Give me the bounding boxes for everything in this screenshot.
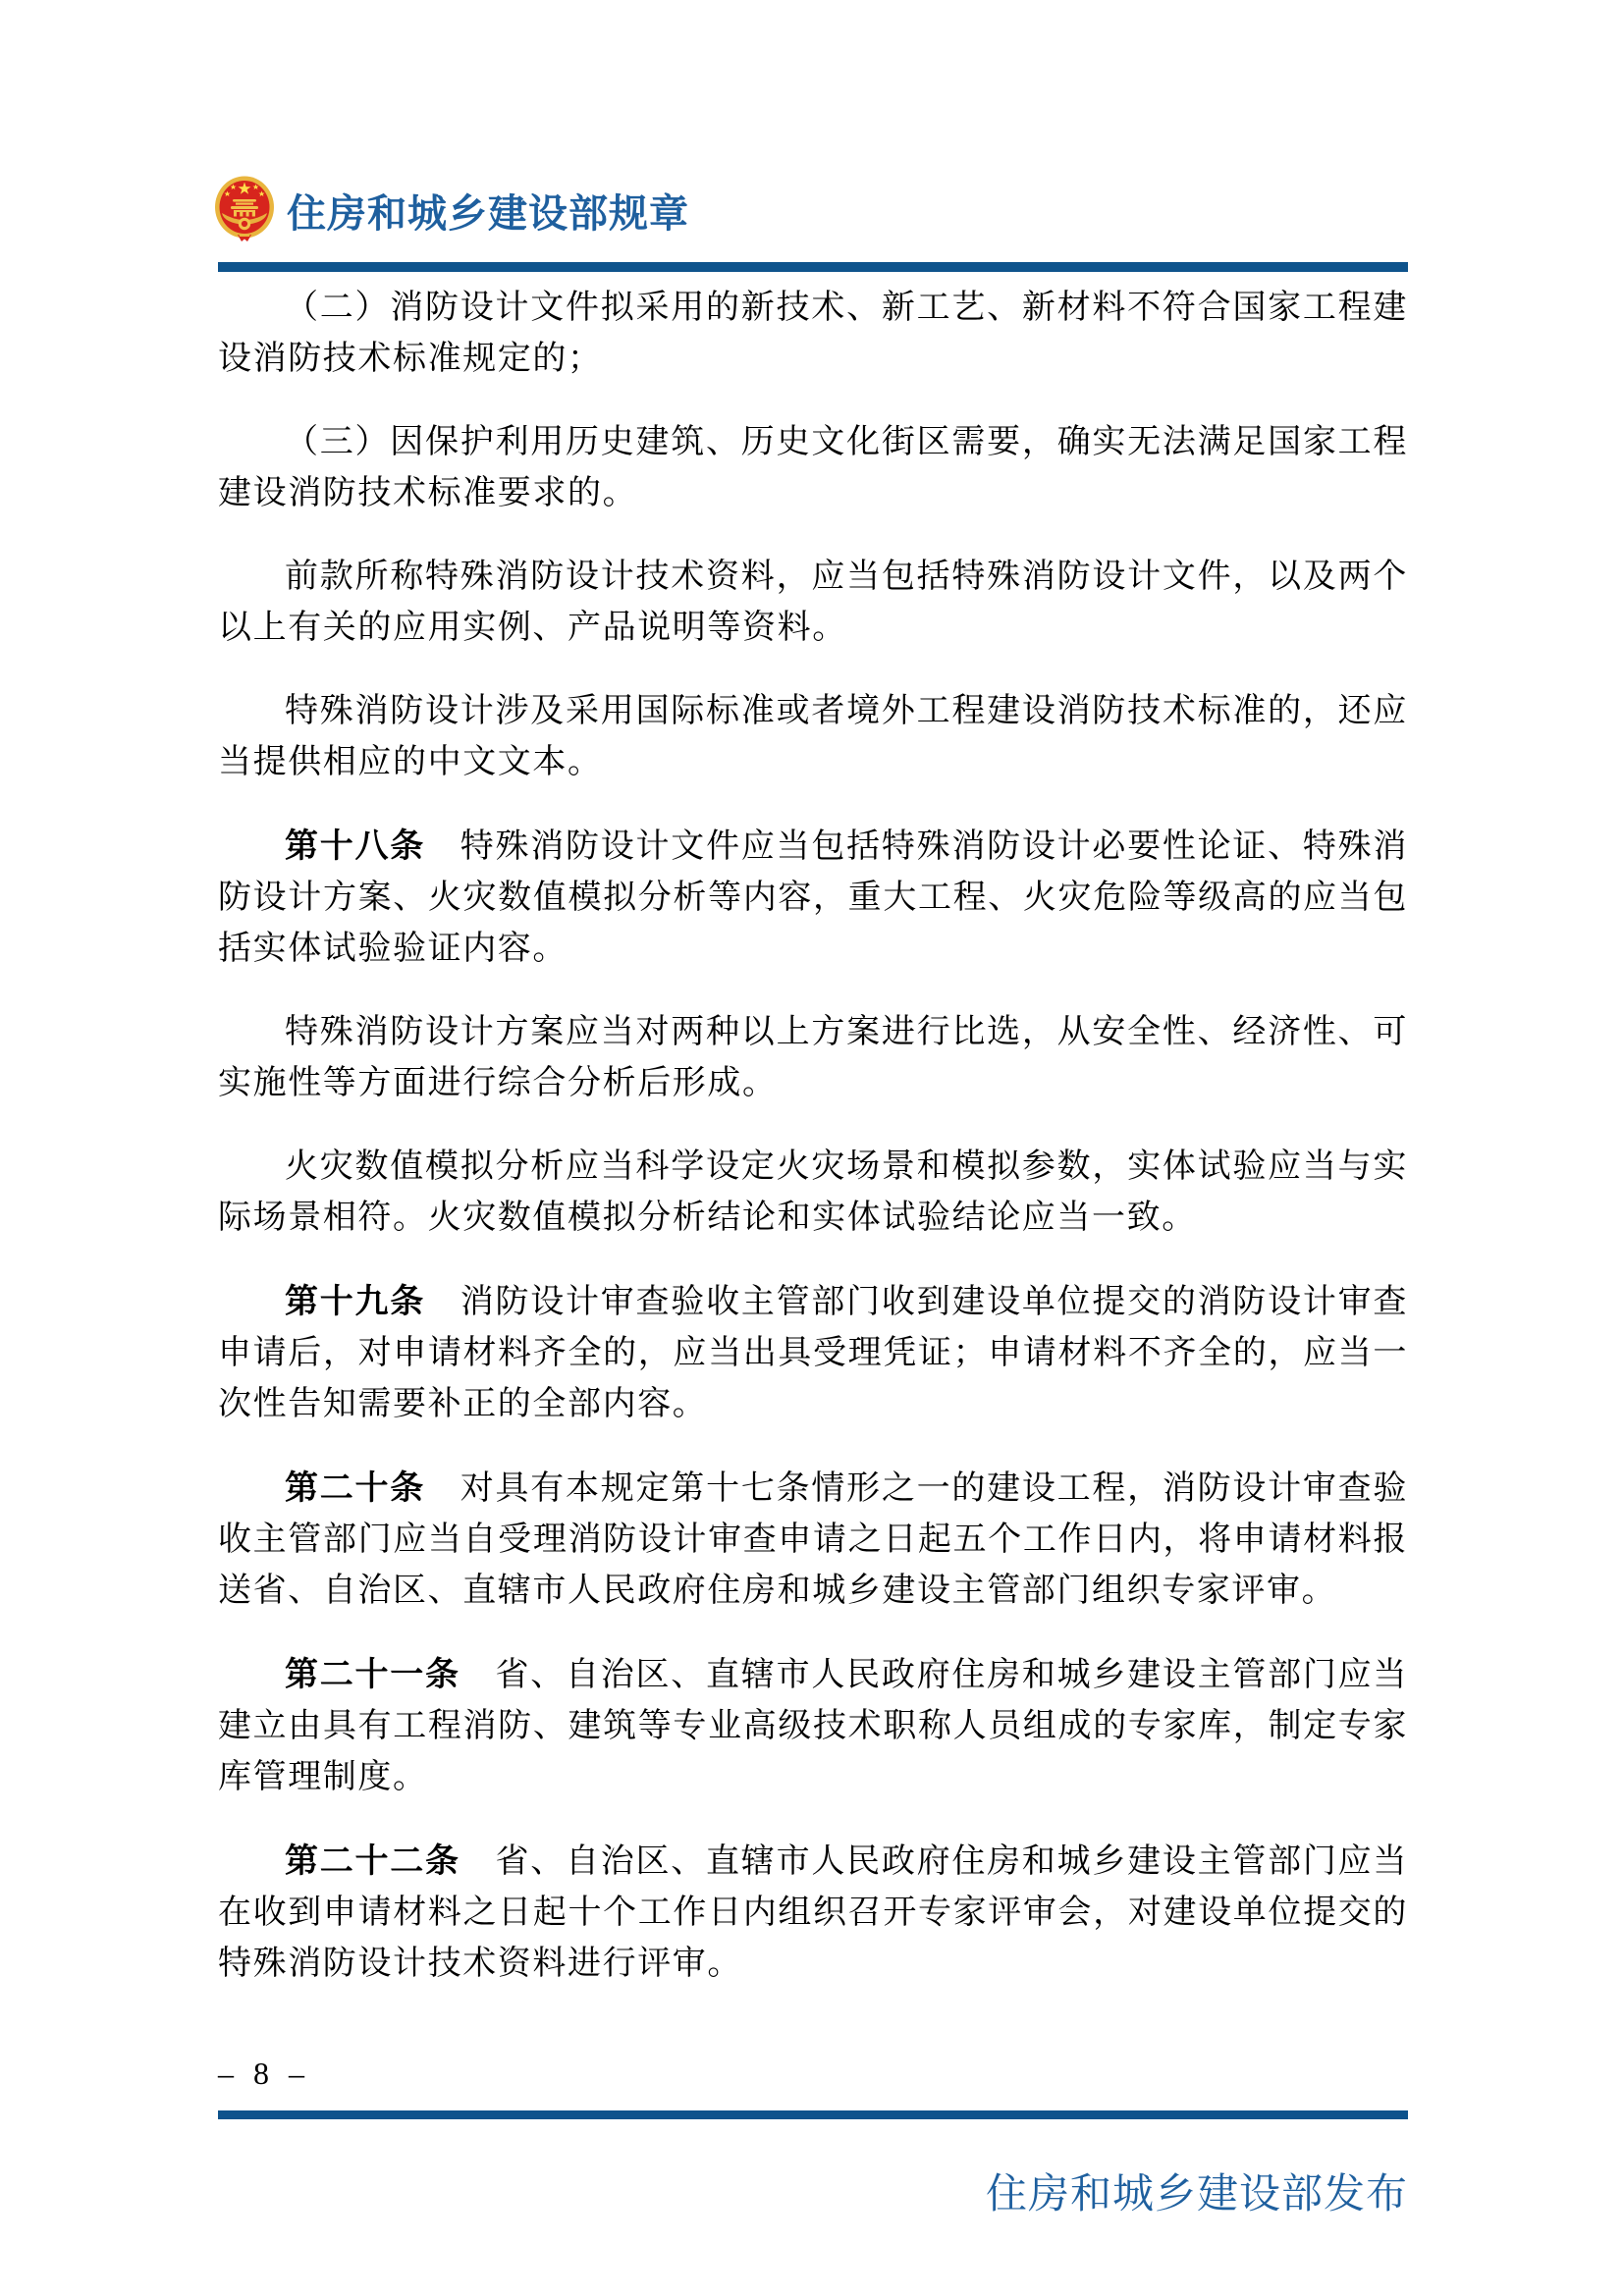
- national-emblem-icon: [214, 176, 275, 244]
- paragraph-text: 特殊消防设计涉及采用国际标准或者境外工程建设消防技术标准的，还应当提供相应的中文…: [218, 693, 1408, 780]
- paragraph: （二）消防设计文件拟采用的新技术、新工艺、新材料不符合国家工程建设消防技术标准规…: [218, 283, 1408, 385]
- paragraph: 第十九条 消防设计审查验收主管部门收到建设单位提交的消防设计审查申请后，对申请材…: [218, 1276, 1408, 1430]
- header-title: 住房和城乡建设部规章: [287, 183, 689, 239]
- paragraph: 特殊消防设计涉及采用国际标准或者境外工程建设消防技术标准的，还应当提供相应的中文…: [218, 686, 1408, 788]
- paragraph: 第二十一条 省、自治区、直辖市人民政府住房和城乡建设主管部门应当建立由具有工程消…: [218, 1649, 1408, 1803]
- paragraph-text: （三）因保护利用历史建筑、历史文化街区需要，确实无法满足国家工程建设消防技术标准…: [218, 424, 1408, 511]
- footer-divider: [218, 2110, 1408, 2119]
- paragraph: 前款所称特殊消防设计技术资料，应当包括特殊消防设计文件，以及两个以上有关的应用实…: [218, 552, 1408, 654]
- page-header: 住房和城乡建设部规章: [214, 175, 689, 245]
- article-number: 第二十条: [285, 1469, 460, 1507]
- paragraph-text: （二）消防设计文件拟采用的新技术、新工艺、新材料不符合国家工程建设消防技术标准规…: [218, 290, 1408, 377]
- article-number: 第二十二条: [285, 1842, 496, 1880]
- paragraph: 第二十条 对具有本规定第十七条情形之一的建设工程，消防设计审查验收主管部门应当自…: [218, 1463, 1408, 1617]
- paragraph: 第二十二条 省、自治区、直辖市人民政府住房和城乡建设主管部门应当在收到申请材料之…: [218, 1836, 1408, 1990]
- paragraph: （三）因保护利用历史建筑、历史文化街区需要，确实无法满足国家工程建设消防技术标准…: [218, 417, 1408, 519]
- document-body: （二）消防设计文件拟采用的新技术、新工艺、新材料不符合国家工程建设消防技术标准规…: [218, 283, 1408, 1990]
- article-number: 第二十一条: [285, 1656, 496, 1693]
- paragraph: 特殊消防设计方案应当对两种以上方案进行比选，从安全性、经济性、可实施性等方面进行…: [218, 1007, 1408, 1109]
- article-number: 第十八条: [285, 828, 460, 865]
- page-number: – 8 –: [218, 2056, 310, 2092]
- publisher: 住房和城乡建设部发布: [218, 2162, 1408, 2220]
- paragraph: 火灾数值模拟分析应当科学设定火灾场景和模拟参数，实体试验应当与实际场景相符。火灾…: [218, 1142, 1408, 1244]
- paragraph-text: 火灾数值模拟分析应当科学设定火灾场景和模拟参数，实体试验应当与实际场景相符。火灾…: [218, 1148, 1408, 1236]
- paragraph-text: 特殊消防设计方案应当对两种以上方案进行比选，从安全性、经济性、可实施性等方面进行…: [218, 1014, 1408, 1101]
- paragraph: 第十八条 特殊消防设计文件应当包括特殊消防设计必要性论证、特殊消防设计方案、火灾…: [218, 821, 1408, 975]
- article-number: 第十九条: [285, 1283, 460, 1320]
- paragraph-text: 前款所称特殊消防设计技术资料，应当包括特殊消防设计文件，以及两个以上有关的应用实…: [218, 559, 1408, 646]
- document-page: 住房和城乡建设部规章 （二）消防设计文件拟采用的新技术、新工艺、新材料不符合国家…: [0, 0, 1623, 2296]
- header-divider: [218, 262, 1408, 272]
